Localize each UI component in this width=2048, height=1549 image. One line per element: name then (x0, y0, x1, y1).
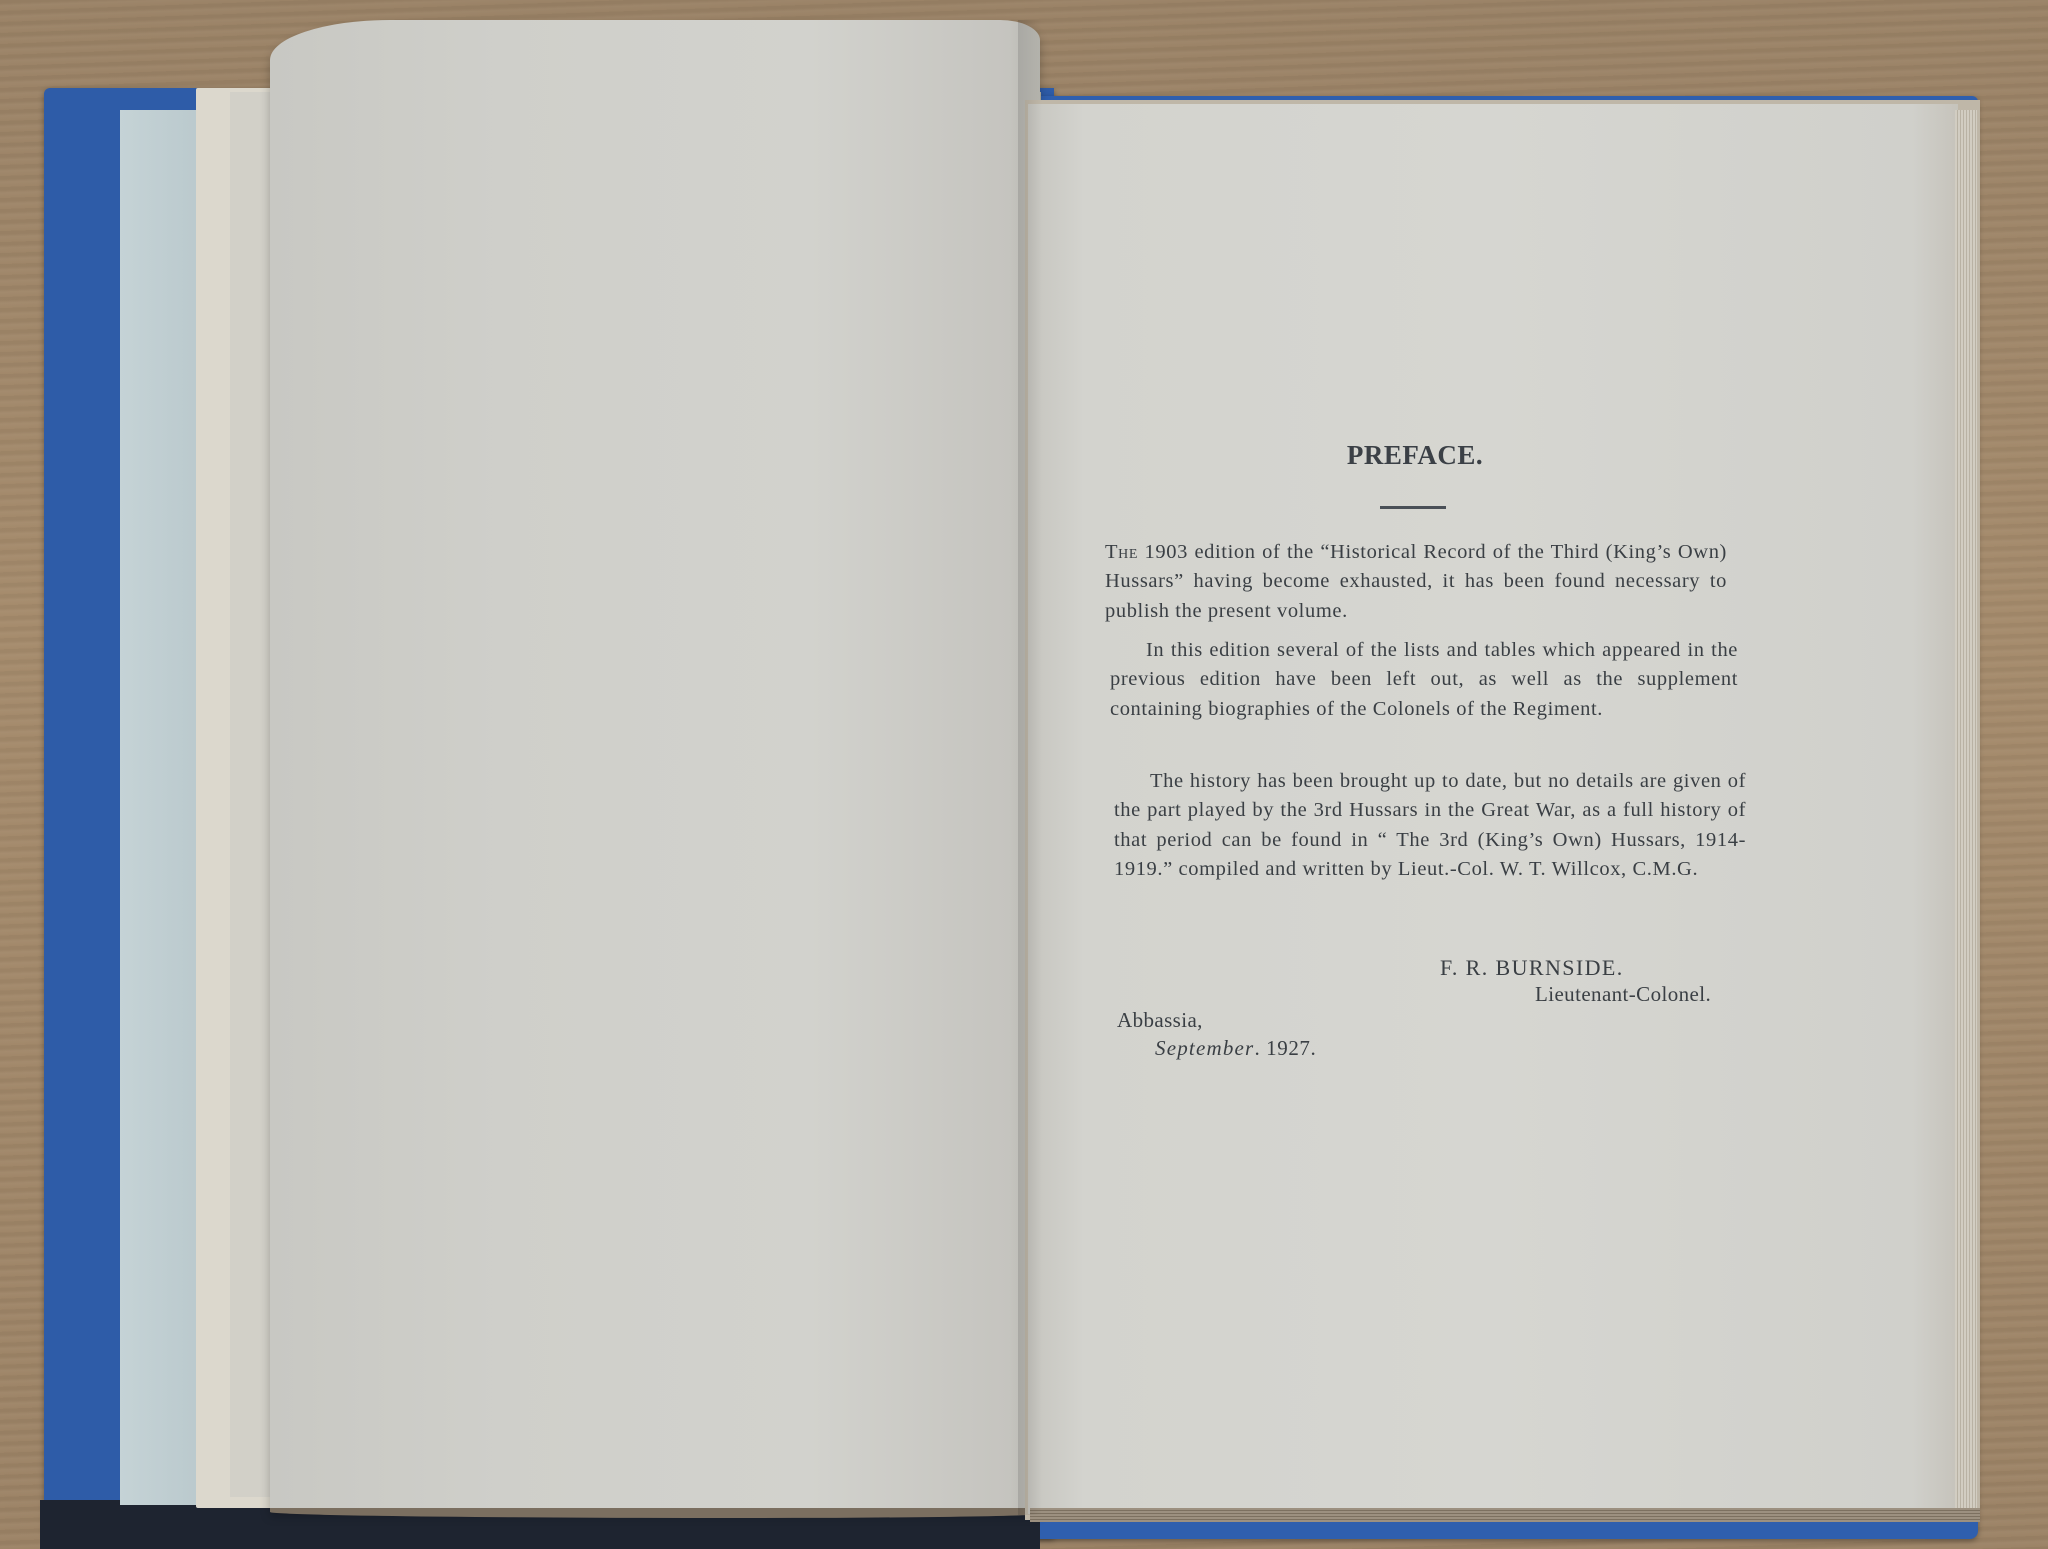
left-page-blank (270, 20, 1040, 1510)
page-fore-edge (1955, 110, 1977, 1510)
date-line: September. 1927. (1155, 1036, 1316, 1061)
lead-word: The (1105, 541, 1138, 563)
gutter-shadow (1018, 20, 1042, 1515)
page-title: PREFACE. (1105, 440, 1725, 471)
place-name: Abbassia, (1117, 1008, 1203, 1033)
date-month: September (1155, 1036, 1254, 1060)
paragraph-1: The 1903 edition of the “Historical Reco… (1105, 538, 1727, 626)
signature-rank: Lieutenant-Colonel. (1535, 982, 1711, 1007)
paragraph-1-text: 1903 edition of the “Historical Record o… (1105, 541, 1727, 622)
paragraph-2: In this edition several of the lists and… (1110, 636, 1738, 724)
signature-name: F. R. BURNSIDE. (1440, 955, 1624, 981)
date-year: . 1927. (1254, 1036, 1316, 1060)
paragraph-3-text: The history has been brought up to date,… (1114, 770, 1746, 880)
paragraph-2-text: In this edition several of the lists and… (1110, 639, 1738, 720)
paragraph-3: The history has been brought up to date,… (1114, 767, 1746, 885)
page-bottom-edge (1030, 1508, 1980, 1522)
title-rule (1380, 506, 1446, 509)
